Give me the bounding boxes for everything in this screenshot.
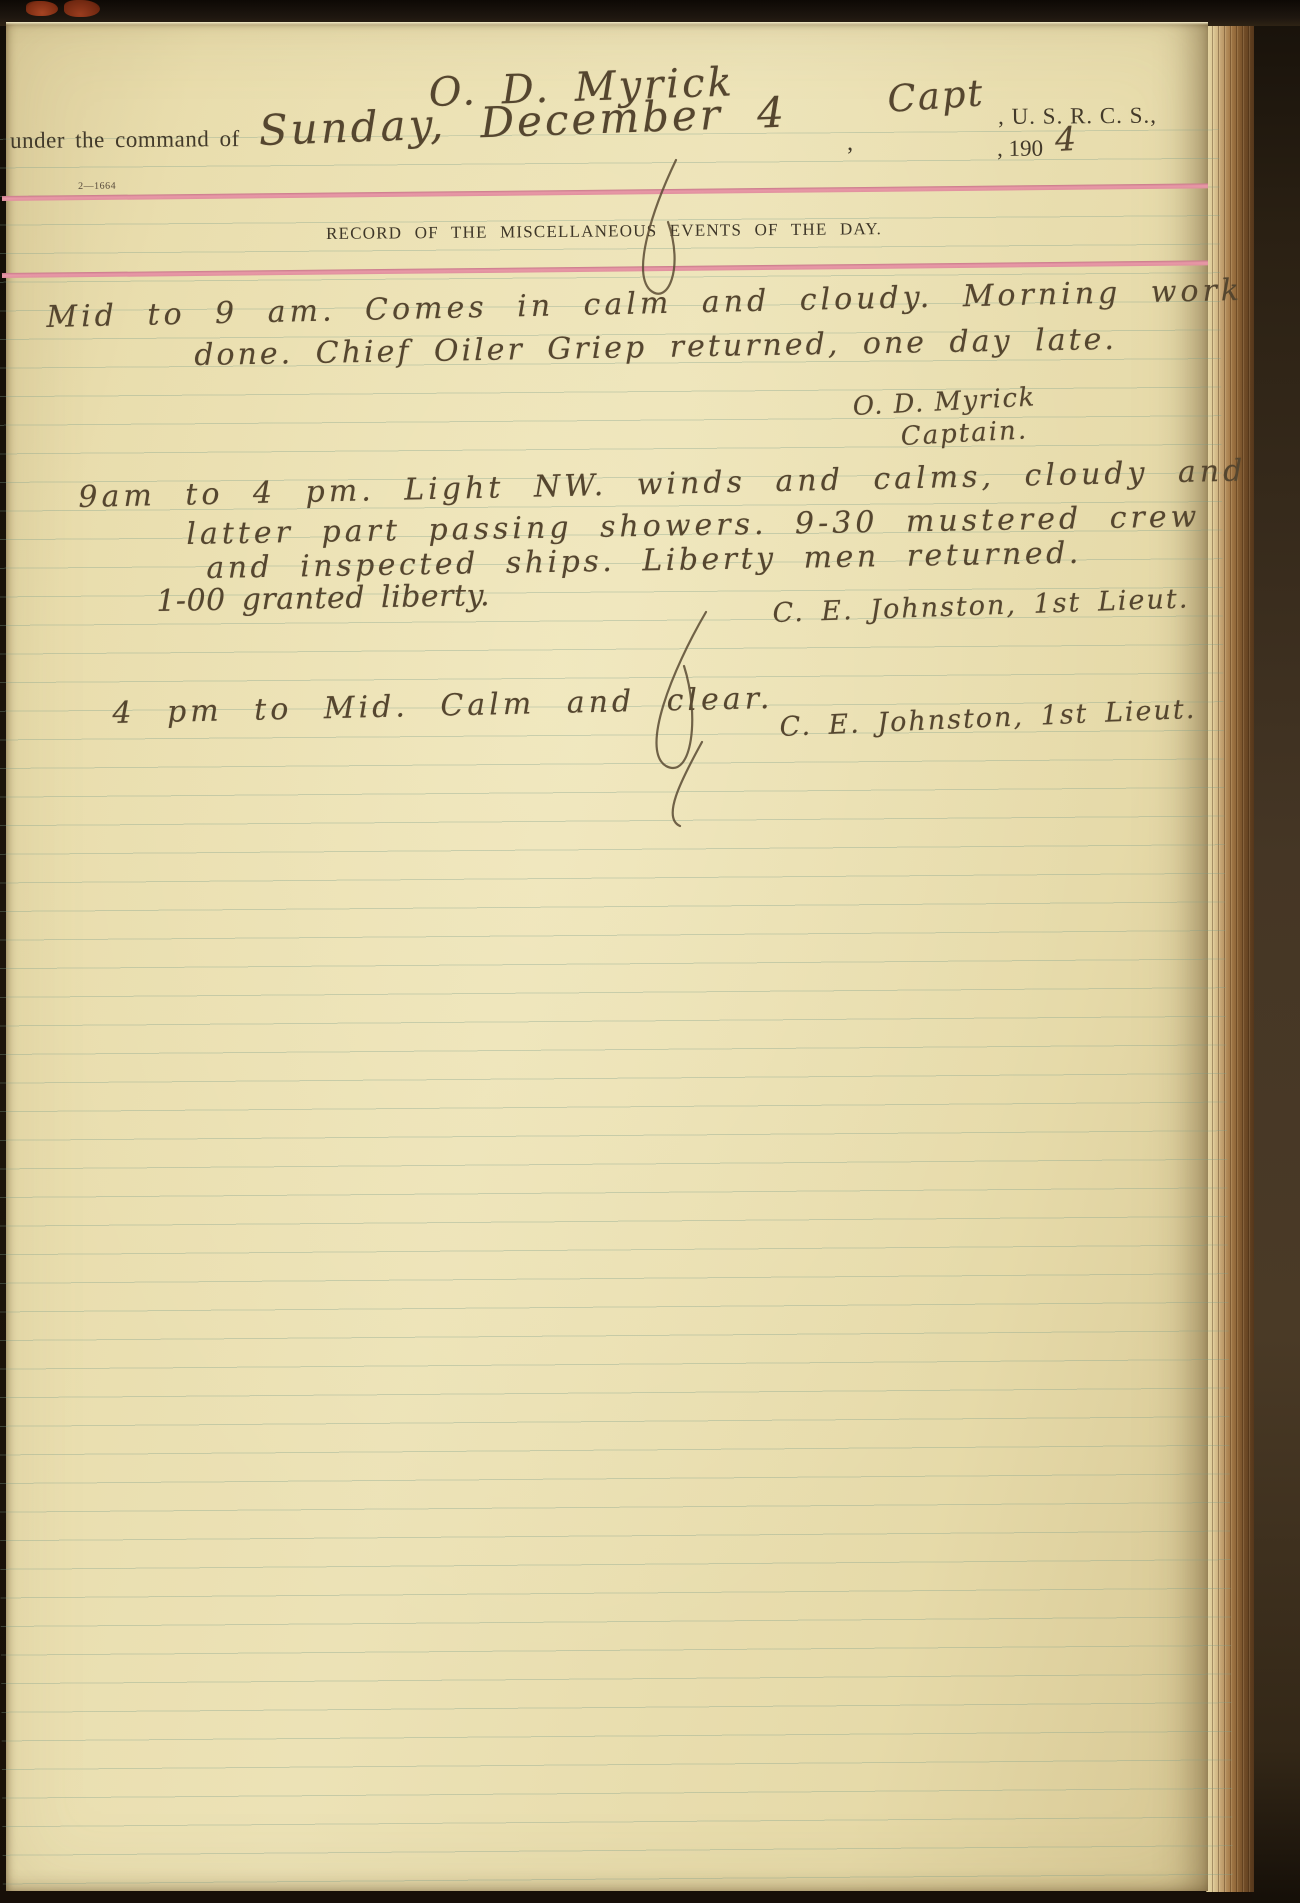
rank-handwritten: Capt <box>886 71 986 121</box>
spine-fragment <box>26 1 58 16</box>
ruled-lines <box>0 129 1233 1891</box>
logbook-scan: under the command of O. D. Myrick , Capt… <box>0 0 1300 1903</box>
form-number: 2—1664 <box>78 181 116 192</box>
book-cover <box>1252 0 1300 1903</box>
printed-comma: , <box>847 130 853 157</box>
spine-fragment <box>64 0 100 17</box>
year-printed: , 190 <box>997 136 1043 162</box>
year-digit-handwritten: 4 <box>1054 119 1077 159</box>
entry-line: 1-00 granted liberty. <box>156 578 490 619</box>
command-line-prefix: under the command of <box>10 126 240 154</box>
service-printed: , U. S. R. C. S., <box>998 103 1157 130</box>
